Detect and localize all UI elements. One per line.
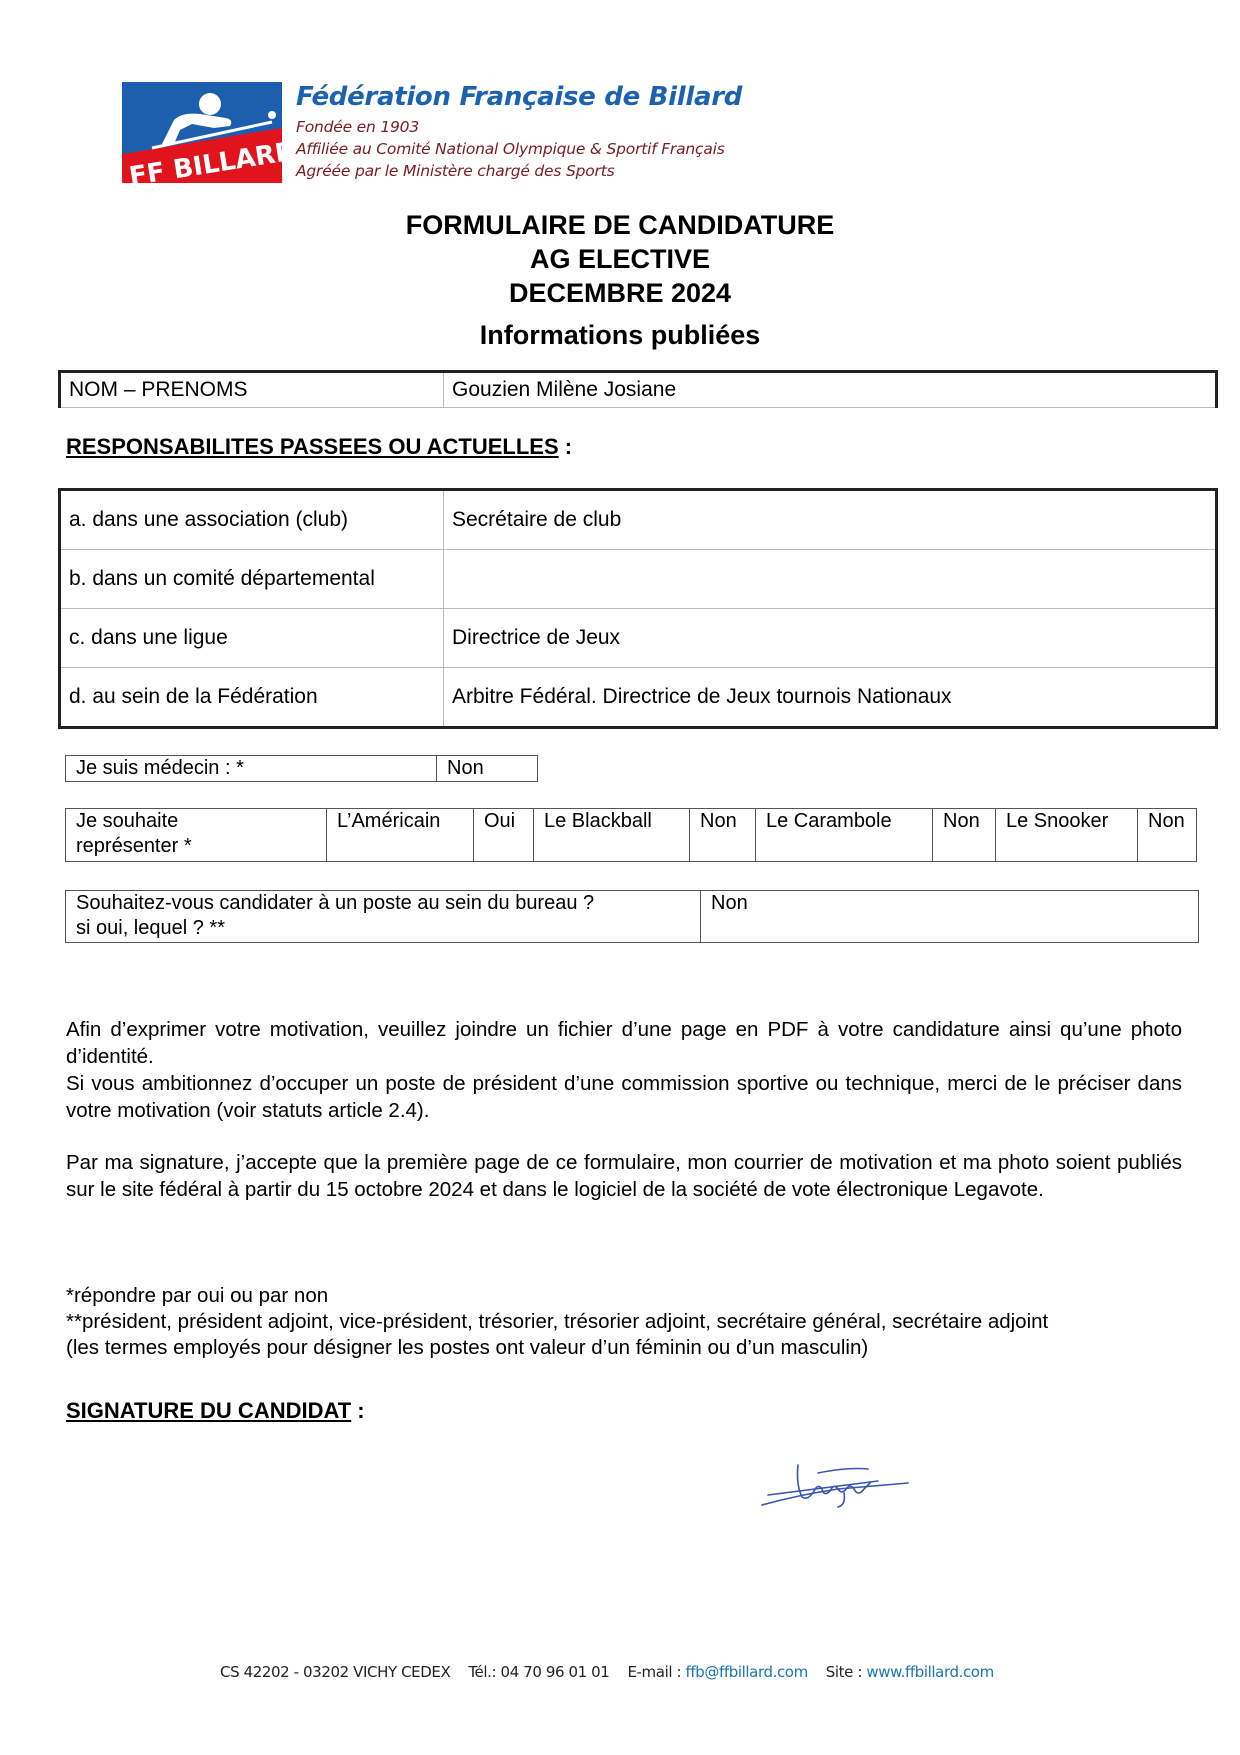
name-field[interactable]: Gouzien Milène Josiane — [444, 372, 1217, 408]
represent-label: Je souhaitereprésenter * — [66, 809, 327, 862]
bureau-label: Souhaitez-vous candidater à un poste au … — [66, 891, 701, 943]
footer-email-link[interactable]: ffb@ffbillard.com — [686, 1663, 808, 1681]
table-row: NOM – PRENOMS Gouzien Milène Josiane — [60, 372, 1217, 408]
form-title: FORMULAIRE DE CANDIDATURE — [0, 208, 1240, 242]
table-row: Souhaitez-vous candidater à un poste au … — [66, 891, 1199, 943]
table-row: Je suis médecin : * Non — [66, 756, 538, 782]
footer-site-label: Site : — [826, 1663, 867, 1681]
table-row: b. dans un comité départemental — [60, 550, 1217, 609]
bureau-field[interactable]: Non — [701, 891, 1199, 943]
discipline-snooker-label: Le Snooker — [996, 809, 1138, 862]
org-name: Fédération Française de Billard — [296, 82, 742, 112]
footer-address: CS 42202 - 03202 VICHY CEDEX — [220, 1663, 450, 1681]
table-row: c. dans une ligue Directrice de Jeux — [60, 609, 1217, 668]
signature-scribble-icon — [758, 1455, 928, 1515]
discipline-blackball-label: Le Blackball — [534, 809, 690, 862]
president-paragraph: Si vous ambitionnez d’occuper un poste d… — [66, 1071, 1182, 1124]
resp-field-ligue[interactable]: Directrice de Jeux — [444, 609, 1217, 668]
footnote-single: *répondre par oui ou par non — [66, 1283, 1182, 1310]
represent-table: Je souhaitereprésenter * L’Américain Oui… — [65, 808, 1197, 862]
represent-label-line2: représenter * — [76, 835, 192, 857]
discipline-carambole-field[interactable]: Non — [933, 809, 996, 862]
candidate-signature — [758, 1455, 928, 1520]
form-title-line2: AG ELECTIVE — [0, 242, 1240, 276]
discipline-americain-label: L’Américain — [327, 809, 474, 862]
heading-colon: : — [559, 434, 572, 459]
resp-label-ligue: c. dans une ligue — [60, 609, 444, 668]
motivation-paragraph: Afin d’exprimer votre motivation, veuill… — [66, 1017, 1182, 1070]
form-title-line3: DECEMBRE 2024 — [0, 276, 1240, 310]
identity-table: NOM – PRENOMS Gouzien Milène Josiane — [58, 370, 1218, 408]
form-subtitle: Informations publiées — [0, 320, 1240, 351]
ffb-logo: FF BILLARD — [122, 82, 282, 183]
represent-label-line1: Je souhaite — [76, 810, 178, 832]
resp-field-club[interactable]: Secrétaire de club — [444, 490, 1217, 550]
org-approval: Agréée par le Ministère chargé des Sport… — [296, 162, 614, 180]
footer-site-link[interactable]: www.ffbillard.com — [866, 1663, 993, 1681]
footnote-double: **président, président adjoint, vice-pré… — [66, 1309, 1182, 1336]
footer-phone-label: Tél.: — [468, 1663, 500, 1681]
bureau-table: Souhaitez-vous candidater à un poste au … — [65, 890, 1199, 943]
discipline-blackball-field[interactable]: Non — [690, 809, 756, 862]
resp-label-federation: d. au sein de la Fédération — [60, 668, 444, 728]
page-footer: CS 42202 - 03202 VICHY CEDEXTél.: 04 70 … — [220, 1663, 994, 1681]
bureau-label-line2: si oui, lequel ? ** — [76, 917, 225, 939]
name-label: NOM – PRENOMS — [60, 372, 444, 408]
resp-field-comite[interactable] — [444, 550, 1217, 609]
org-founded: Fondée en 1903 — [296, 118, 419, 136]
resp-label-club: a. dans une association (club) — [60, 490, 444, 550]
doctor-field[interactable]: Non — [437, 756, 538, 782]
footnote-gender: (les termes employés pour désigner les p… — [66, 1335, 1182, 1362]
org-affiliation: Affiliée au Comité National Olympique & … — [296, 140, 725, 158]
doctor-label: Je suis médecin : * — [66, 756, 437, 782]
table-row: d. au sein de la Fédération Arbitre Fédé… — [60, 668, 1217, 728]
resp-field-federation[interactable]: Arbitre Fédéral. Directrice de Jeux tour… — [444, 668, 1217, 728]
responsibilities-heading-text: RESPONSABILITES PASSEES OU ACTUELLES — [66, 434, 559, 459]
table-row: a. dans une association (club) Secrétair… — [60, 490, 1217, 550]
bureau-label-line1: Souhaitez-vous candidater à un poste au … — [76, 892, 594, 914]
billiard-player-icon: FF BILLARD — [122, 82, 282, 183]
discipline-snooker-field[interactable]: Non — [1138, 809, 1197, 862]
responsibilities-heading: RESPONSABILITES PASSEES OU ACTUELLES : — [66, 434, 572, 460]
signature-heading: SIGNATURE DU CANDIDAT : — [66, 1398, 365, 1424]
responsibilities-table: a. dans une association (club) Secrétair… — [58, 488, 1218, 729]
doctor-table: Je suis médecin : * Non — [65, 755, 538, 782]
discipline-americain-field[interactable]: Oui — [474, 809, 534, 862]
footer-email-label: E-mail : — [627, 1663, 685, 1681]
signature-heading-text: SIGNATURE DU CANDIDAT — [66, 1398, 351, 1423]
discipline-carambole-label: Le Carambole — [756, 809, 933, 862]
footer-phone: 04 70 96 01 01 — [501, 1663, 610, 1681]
resp-label-comite: b. dans un comité départemental — [60, 550, 444, 609]
consent-paragraph: Par ma signature, j’accepte que la premi… — [66, 1150, 1182, 1203]
signature-heading-colon: : — [351, 1398, 364, 1423]
table-row: Je souhaitereprésenter * L’Américain Oui… — [66, 809, 1197, 862]
